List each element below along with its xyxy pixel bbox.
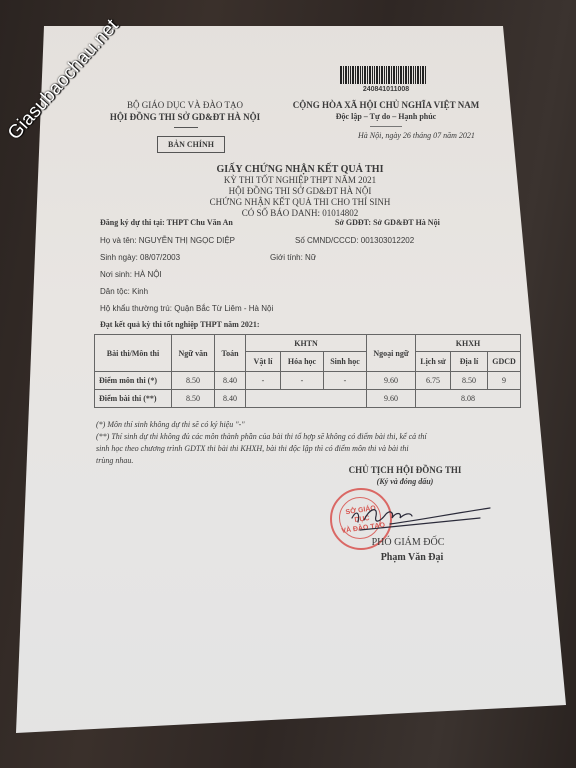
row-label-subject-score: Điểm môn thi (*)	[95, 372, 172, 390]
header-literature: Ngữ văn	[172, 335, 215, 372]
note-2-line-2: sinh học theo chương trình GDTX thi bài …	[96, 444, 409, 453]
header-physics: Vật lí	[246, 352, 281, 372]
header-civics: GDCD	[488, 352, 521, 372]
barcode-number: 240841011008	[363, 86, 409, 93]
cell-biology: -	[324, 372, 367, 390]
cell-chemistry: -	[281, 372, 324, 390]
result-heading: Đạt kết quả kỳ thi tốt nghiệp THPT năm 2…	[100, 320, 260, 329]
original-copy-badge: BẢN CHÍNH	[157, 136, 225, 153]
candidate-number: CÓ SỐ BÁO DANH: 01014802	[242, 208, 359, 218]
cell-geography: 8.50	[451, 372, 488, 390]
header-subject: Bài thi/Môn thi	[95, 335, 172, 372]
country-name: CỘNG HÒA XÃ HỘI CHỦ NGHĨA VIỆT NAM	[293, 100, 479, 110]
id-number: Số CMND/CCCD: 001303012202	[295, 236, 414, 245]
note-2-line-3: trùng nhau.	[96, 456, 133, 465]
barcode	[340, 66, 432, 84]
handwritten-signature	[350, 500, 500, 540]
header-chemistry: Hóa học	[281, 352, 324, 372]
cell-civics: 9	[488, 372, 521, 390]
council-line: HỘI ĐỒNG THI SỞ GD&ĐT HÀ NỘI	[229, 186, 372, 196]
signer-title: CHỦ TỊCH HỘI ĐỒNG THI	[349, 465, 462, 475]
cell-math: 8.40	[215, 372, 246, 390]
header-khxh-group: KHXH	[416, 335, 521, 352]
cell-foreign-language: 9.60	[367, 372, 416, 390]
note-1: (*) Môn thí sinh không dự thi sẽ có ký h…	[96, 420, 245, 429]
cell-literature: 8.50	[172, 390, 215, 408]
motto: Độc lập – Tự do – Hạnh phúc	[336, 112, 436, 121]
signer-name: Phạm Văn Đại	[381, 552, 444, 563]
gender: Giới tính: Nữ	[270, 253, 316, 262]
cell-khtn-combined	[246, 390, 367, 408]
education-department: Sở GDĐT: Sở GD&ĐT Hà Nội	[335, 218, 440, 227]
cell-history: 6.75	[416, 372, 451, 390]
residence: Hộ khẩu thường trú: Quận Bắc Từ Liêm - H…	[100, 304, 273, 313]
council-name: HỘI ĐỒNG THI SỞ GD&ĐT HÀ NỘI	[110, 112, 260, 122]
note-2-line-1: (**) Thí sinh dự thi không đủ các môn th…	[96, 432, 427, 441]
header-geography: Địa lí	[451, 352, 488, 372]
cell-foreign-language: 9.60	[367, 390, 416, 408]
certify-line: CHỨNG NHẬN KẾT QUẢ THI CHO THÍ SINH	[210, 197, 391, 207]
cell-khxh-combined: 8.08	[416, 390, 521, 408]
exam-name: KỲ THI TỐT NGHIỆP THPT NĂM 2021	[224, 175, 376, 185]
score-table: Bài thi/Môn thi Ngữ văn Toán KHTN Ngoại …	[94, 334, 521, 408]
exam-site: Đăng ký dự thi tại: THPT Chu Văn An	[100, 218, 233, 227]
ministry-name: BỘ GIÁO DỤC VÀ ĐÀO TẠO	[127, 100, 243, 110]
document-title: GIẤY CHỨNG NHẬN KẾT QUẢ THI	[217, 164, 384, 175]
table-row: Điểm môn thi (*) 8.50 8.40 - - - 9.60 6.…	[95, 372, 521, 390]
issue-date: Hà Nội, ngày 26 tháng 07 năm 2021	[358, 131, 475, 140]
row-label-test-score: Điểm bài thi (**)	[95, 390, 172, 408]
divider	[174, 127, 198, 128]
header-khtn-group: KHTN	[246, 335, 367, 352]
cell-literature: 8.50	[172, 372, 215, 390]
header-math: Toán	[215, 335, 246, 372]
header-foreign-language: Ngoại ngữ	[367, 335, 416, 372]
signer-position: PHÓ GIÁM ĐỐC	[372, 537, 445, 548]
birthplace: Nơi sinh: HÀ NỘI	[100, 270, 162, 279]
cell-physics: -	[246, 372, 281, 390]
header-history: Lịch sử	[416, 352, 451, 372]
cell-math: 8.40	[215, 390, 246, 408]
date-of-birth: Sinh ngày: 08/07/2003	[100, 253, 180, 262]
ethnicity: Dân tộc: Kinh	[100, 287, 148, 296]
candidate-name: Họ và tên: NGUYỄN THỊ NGỌC DIỆP	[100, 236, 235, 245]
table-row: Điểm bài thi (**) 8.50 8.40 9.60 8.08	[95, 390, 521, 408]
header-biology: Sinh học	[324, 352, 367, 372]
divider	[370, 126, 402, 127]
signer-instruction: (Ký và đóng dấu)	[377, 477, 434, 486]
